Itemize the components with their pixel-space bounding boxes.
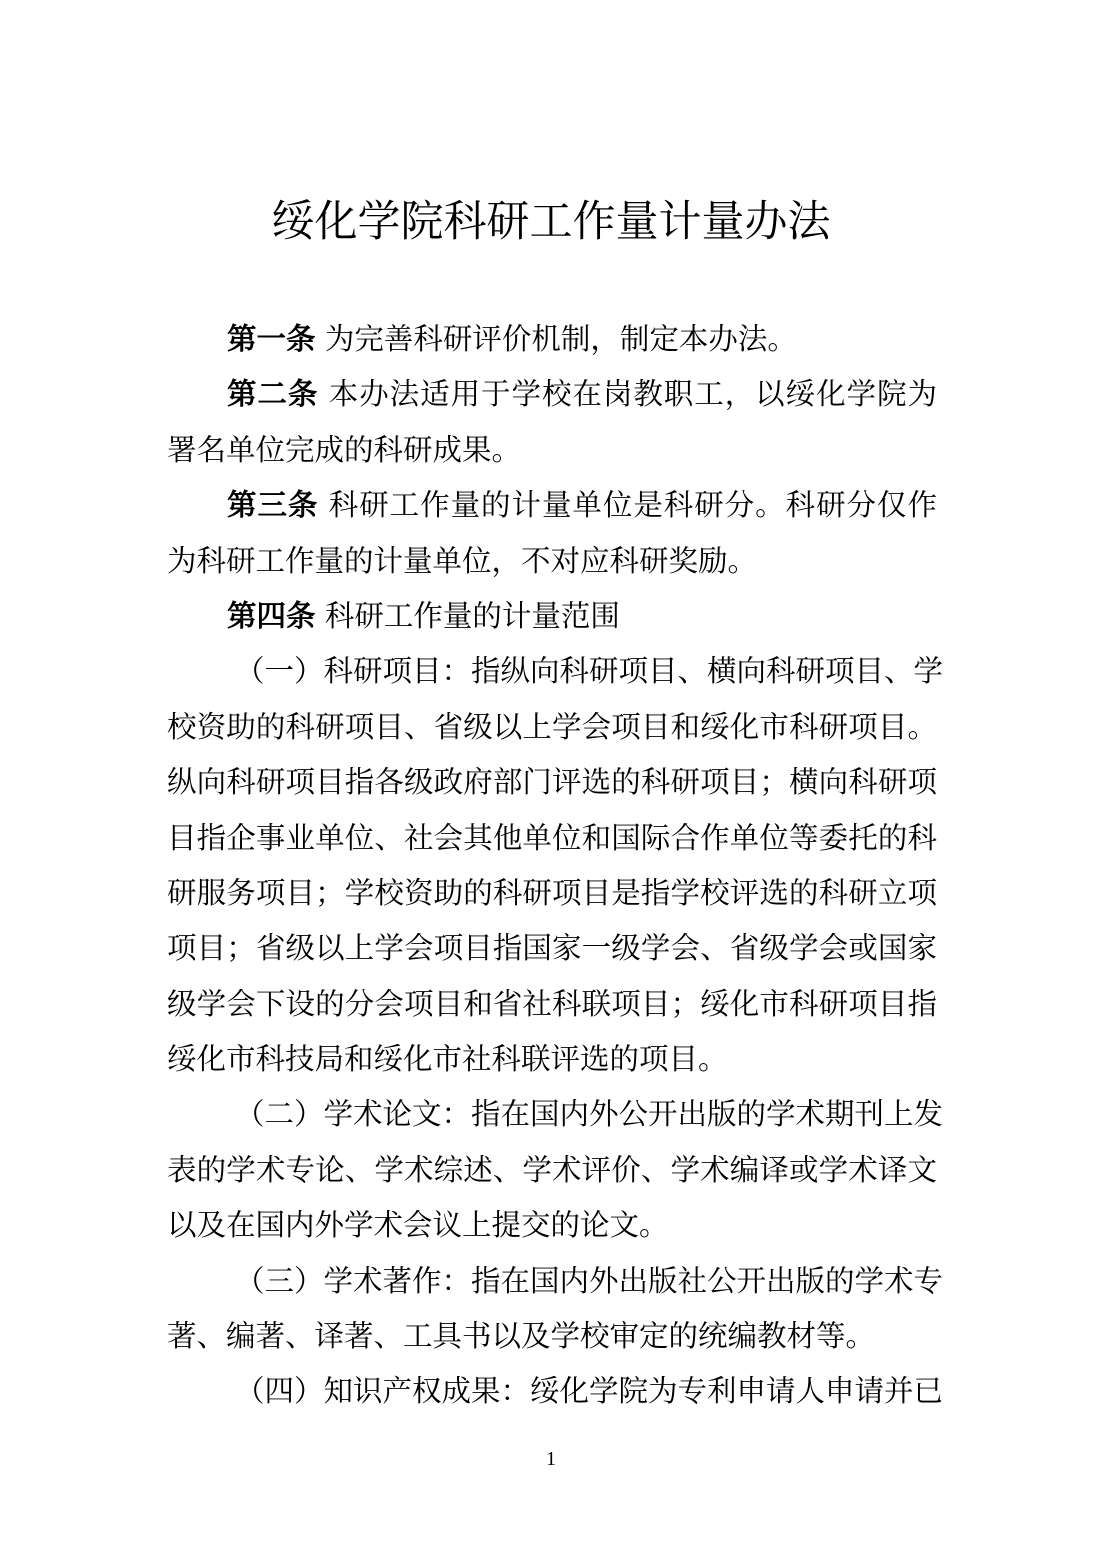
item-1-line: 纵向科研项目指各级政府部门评选的科研项目；横向科研项 bbox=[167, 755, 937, 810]
article-text: 科研工作量的计量单位是科研分。科研分仅作 bbox=[329, 488, 937, 522]
article-2: 第二条 本办法适用于学校在岗教职工，以绥化学院为 bbox=[167, 367, 937, 422]
item-2-line: （二）学术论文：指在国内外公开出版的学术期刊上发 bbox=[163, 1087, 937, 1142]
article-text: 科研工作量的计量范围 bbox=[325, 599, 620, 633]
article-1: 第一条 为完善科研评价机制，制定本办法。 bbox=[167, 312, 937, 367]
page-number: 1 bbox=[0, 1448, 1102, 1471]
article-3-cont: 为科研工作量的计量单位，不对应科研奖励。 bbox=[167, 534, 937, 589]
item-1-line: 级学会下设的分会项目和省社科联项目；绥化市科研项目指 bbox=[167, 977, 937, 1032]
article-4: 第四条 科研工作量的计量范围 bbox=[167, 589, 937, 644]
article-2-cont: 署名单位完成的科研成果。 bbox=[167, 423, 937, 478]
item-1-line: （一）科研项目：指纵向科研项目、横向科研项目、学 bbox=[163, 644, 937, 699]
item-3-line: 著、编著、译著、工具书以及学校审定的统编教材等。 bbox=[167, 1309, 937, 1364]
article-label: 第一条 bbox=[227, 322, 316, 356]
article-3: 第三条 科研工作量的计量单位是科研分。科研分仅作 bbox=[167, 478, 937, 533]
item-4-line: （四）知识产权成果：绥化学院为专利申请人申请并已 bbox=[163, 1364, 937, 1419]
item-1-line: 校资助的科研项目、省级以上学会项目和绥化市科研项目。 bbox=[167, 700, 937, 755]
item-1-line: 绥化市科技局和绥化市社科联评选的项目。 bbox=[167, 1032, 937, 1087]
article-text: 为完善科研评价机制，制定本办法。 bbox=[325, 322, 797, 356]
item-2-line: 表的学术专论、学术综述、学术评价、学术编译或学术译文 bbox=[167, 1143, 937, 1198]
item-1-line: 研服务项目；学校资助的科研项目是指学校评选的科研立项 bbox=[167, 866, 937, 921]
item-3-line: （三）学术著作：指在国内外出版社公开出版的学术专 bbox=[163, 1254, 937, 1309]
item-2-line: 以及在国内外学术会议上提交的论文。 bbox=[167, 1198, 937, 1253]
article-label: 第三条 bbox=[227, 488, 318, 522]
article-label: 第四条 bbox=[227, 599, 316, 633]
item-1-line: 项目；省级以上学会项目指国家一级学会、省级学会或国家 bbox=[167, 921, 937, 976]
document-title: 绥化学院科研工作量计量办法 bbox=[0, 196, 1102, 248]
document-body: 第一条 为完善科研评价机制，制定本办法。 第二条 本办法适用于学校在岗教职工，以… bbox=[167, 312, 937, 1420]
item-1-line: 目指企事业单位、社会其他单位和国际合作单位等委托的科 bbox=[167, 811, 937, 866]
article-label: 第二条 bbox=[227, 377, 318, 411]
article-text: 本办法适用于学校在岗教职工，以绥化学院为 bbox=[329, 377, 937, 411]
